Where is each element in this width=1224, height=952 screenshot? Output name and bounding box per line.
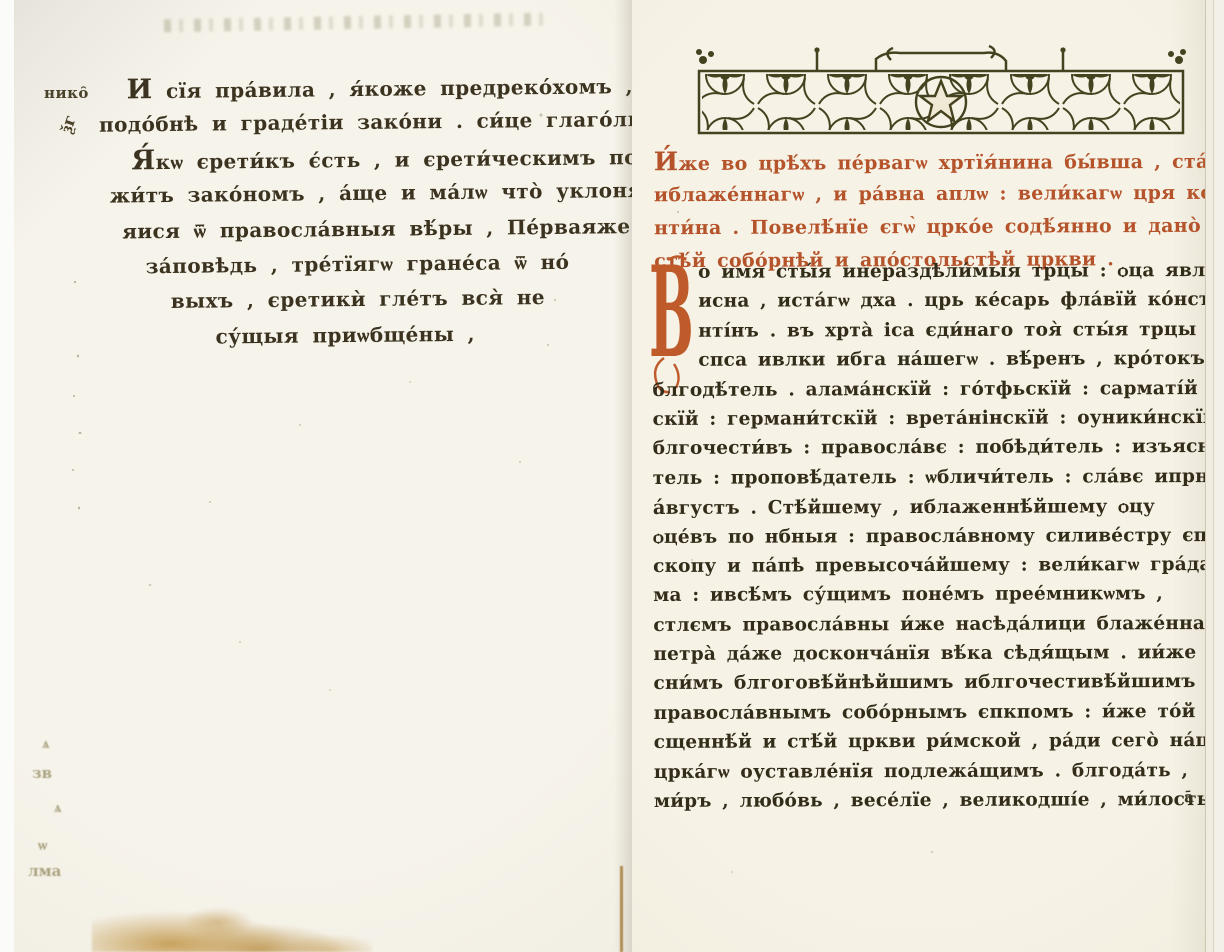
text-line: правосла́внымъ собо́рнымъ єпкпомъ : и́же…	[654, 698, 1202, 729]
text-line: су́щыя приѡбще́ны ,	[101, 317, 615, 358]
ghost-mark: ѡ	[38, 836, 47, 855]
left-page-text-block: И сїя пра́вила , я́коже предреко́хомъ , …	[99, 69, 616, 357]
text-line: И сїя пра́вила , я́коже предреко́хомъ ,	[99, 69, 613, 110]
folio-signature-mark: а̄	[1183, 788, 1194, 807]
text-line: скопу и па́пѣ превысоча́йшему : вели́каг…	[653, 551, 1201, 582]
text-line: Я́кѡ єрети́къ є́сть , и єрети́ческимъ по…	[99, 140, 613, 181]
text-line: выхъ , єретикѝ гле́тъ вся̀ не	[101, 282, 615, 323]
text-line: исна , иста́гѡ дха . црь ке́сарь фла́вїй…	[652, 286, 1200, 317]
text-line: блгочести́въ : правосла́вє : побѣди́тель…	[653, 433, 1201, 464]
text-line: сни́мъ блгоговѣ́йнѣйшимъ иблгочестивѣ́йш…	[653, 669, 1201, 700]
text-line: ми́ръ , любо́вь , весе́лїе , великодші́е…	[654, 786, 1202, 817]
text-line: за́повѣдь , тре́тїягѡ гране́са ѿ но́	[100, 246, 614, 287]
book-scan: нико̑ ѯг И сїя пра́вила , я́коже предрек…	[0, 0, 1224, 952]
text-line: тель : проповѣ́датель : ѡбличи́тель : сл…	[653, 463, 1201, 494]
text-line: яися ѿ правосла́вныя вѣ́ры , Пе́рваяже	[100, 211, 614, 252]
text-line: блгодѣ́тель . алама́нскїй : го́тфьскїй :…	[652, 375, 1200, 406]
page-edge-stack	[1205, 0, 1224, 952]
text-line: о имя сты́я инераздѣли́мыя трцы : ѻца яв…	[652, 257, 1200, 288]
text-line: стлємъ правосла́вны и́же насѣда́лици бла…	[653, 610, 1201, 641]
rubric-line: нти́на . Повелѣ́нїе єгѡ̀ црко́е содѣ́янн…	[654, 211, 1199, 246]
paper-stain	[92, 898, 372, 952]
ghost-mark: ѧ	[42, 734, 50, 753]
text-line: спса ивлки ибга на́шегѡ . вѣ́ренъ , кро́…	[652, 345, 1200, 376]
text-line: нті́нъ . въ хрта̀ іса єди́наго тоя̀ сты́…	[652, 316, 1200, 347]
text-line: скїй : германи́тскїй : врета́нінскїй : о…	[653, 404, 1201, 435]
right-page-text-block: о имя сты́я инераздѣли́мыя трцы : ѻца яв…	[652, 257, 1202, 817]
rubric-line: иблаже́ннагѡ , и ра́вна аплѡ : вели́кагѡ…	[654, 178, 1199, 213]
text-line: сщеннѣ́й и стѣ́й цркви ри́мской , ра́ди …	[654, 727, 1202, 758]
text-line: ма : ивсѣ́мъ су́щимъ поне́мъ прее́мникѡм…	[653, 580, 1201, 611]
text-line: а́вгустъ . Стѣ́йшему , иблаженнѣ́йшему ѻ…	[653, 492, 1201, 523]
text-line: петра̀ да́же досконча́нїя вѣ́ка сѣдя́щым…	[653, 639, 1201, 670]
text-line: подо́бнѣ и граде́тіи зако́ни . си́це гла…	[99, 105, 613, 146]
ghost-mark: лма	[28, 862, 61, 880]
headpiece-ornament	[695, 44, 1187, 140]
text-line: жи́тъ зако́номъ , а́ще и ма́лѡ что̀ укло…	[100, 175, 614, 216]
text-line: ѻце́въ по нбныя : правосла́вному силиве́…	[653, 522, 1201, 553]
rubric-line: И́же во црѣ́хъ пе́рвагѡ хртїя́нина бы́вш…	[654, 145, 1199, 180]
text-line: црка́гѡ оуставле́нїя подлежа́щимъ . блго…	[654, 757, 1202, 788]
bleedthrough-smudge	[164, 13, 544, 33]
ghost-mark: зв	[32, 764, 52, 782]
ghost-mark: ѧ	[54, 798, 62, 817]
left-page: нико̑ ѯг И сїя пра́вила , я́коже предрек…	[14, 0, 632, 952]
margin-note-source: нико̑	[44, 84, 89, 102]
margin-note-number: ѯг	[56, 113, 80, 136]
right-page: И́же во црѣ́хъ пе́рвагѡ хртїя́нина бы́вш…	[632, 0, 1205, 952]
